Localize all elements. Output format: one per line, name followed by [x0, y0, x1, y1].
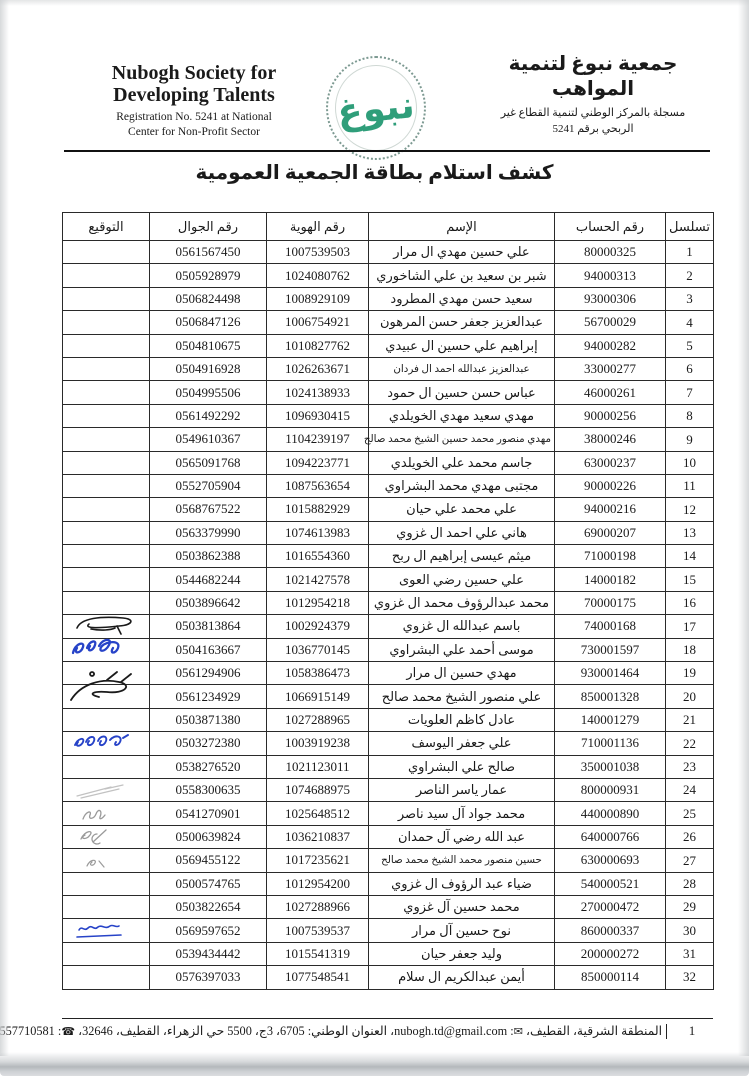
account-number-cell: 440000890 [555, 802, 666, 825]
account-number-cell: 850001328 [555, 685, 666, 708]
table-row: 8 90000256 مهدي سعيد مهدي الخويلدي 10969… [63, 404, 714, 427]
serial-cell: 30 [666, 919, 714, 942]
mobile-number-cell: 0504995506 [150, 381, 267, 404]
signature-cell [63, 966, 150, 989]
col-header-id: رقم الهوية [267, 213, 369, 241]
national-id-cell: 1016554360 [267, 545, 369, 568]
signature-cell [63, 895, 150, 918]
account-number-cell: 800000931 [555, 778, 666, 801]
signature-scribble-icon [79, 853, 115, 871]
org-name-ar: جمعية نبوغ لتنمية المواهب [443, 52, 743, 102]
page-title: كشف استلام بطاقة الجمعية العمومية [0, 160, 749, 185]
org-name-en: Nubogh Society for Developing Talents [86, 62, 302, 107]
national-id-cell: 1010827762 [267, 334, 369, 357]
signature-cell [63, 428, 150, 451]
serial-cell: 9 [666, 428, 714, 451]
national-id-cell: 1094223771 [267, 451, 369, 474]
account-number-cell: 38000246 [555, 428, 666, 451]
national-id-cell: 1027288965 [267, 708, 369, 731]
serial-cell: 5 [666, 334, 714, 357]
mobile-number-cell: 0563379990 [150, 521, 267, 544]
member-name-cell: حسين منصور محمد الشيخ محمد صالح [369, 849, 555, 872]
member-name-cell: علي حسين رضي العوى [369, 568, 555, 591]
mobile-number-cell: 0503896642 [150, 591, 267, 614]
account-number-cell: 63000237 [555, 451, 666, 474]
photo-edge-left [0, 0, 9, 1056]
mobile-number-cell: 0503871380 [150, 708, 267, 731]
table-row: 23 350001038 صالح علي البشراوي 102112301… [63, 755, 714, 778]
mobile-number-cell: 0539434442 [150, 942, 267, 965]
member-name-cell: نوح حسين آل مرار [369, 919, 555, 942]
signature-cell [63, 287, 150, 310]
table-row: 24 800000931 عمار ياسر الناصر 1074688975… [63, 778, 714, 801]
signature-cell [63, 357, 150, 380]
table-header-row: تسلسل رقم الحساب الإسم رقم الهوية رقم ال… [63, 213, 714, 241]
serial-cell: 32 [666, 966, 714, 989]
table-row: 32 850000114 أيمن عبدالكريم ال سلام 1077… [63, 966, 714, 989]
signature-cell [63, 685, 150, 708]
account-number-cell: 140001279 [555, 708, 666, 731]
member-name-cell: صالح علي البشراوي [369, 755, 555, 778]
member-name-cell: سعيد حسن مهدي المطرود [369, 287, 555, 310]
national-id-cell: 1021123011 [267, 755, 369, 778]
national-id-cell: 1015882929 [267, 498, 369, 521]
table-row: 29 270000472 محمد حسين آل غزوي 102728896… [63, 895, 714, 918]
signature-cell [63, 638, 150, 661]
signature-scribble-icon [77, 804, 117, 824]
member-name-cell: هاني علي احمد ال غزوي [369, 521, 555, 544]
member-name-cell: محمد حسين آل غزوي [369, 895, 555, 918]
account-number-cell: 710001136 [555, 732, 666, 755]
col-header-name: الإسم [369, 213, 555, 241]
member-name-cell: إبراهيم علي حسين ال عبيدي [369, 334, 555, 357]
mobile-number-cell: 0506824498 [150, 287, 267, 310]
col-header-phone: رقم الجوال [150, 213, 267, 241]
national-id-cell: 1096930415 [267, 404, 369, 427]
national-id-cell: 1008929109 [267, 287, 369, 310]
signature-cell [63, 919, 150, 942]
serial-cell: 18 [666, 638, 714, 661]
footer-region: المنطقة الشرقية، القطيف، [523, 1024, 662, 1038]
account-number-cell: 46000261 [555, 381, 666, 404]
mobile-number-cell: 0561492292 [150, 404, 267, 427]
serial-cell: 12 [666, 498, 714, 521]
table-row: 4 56700029 عبدالعزيز جعفر حسن المرهون 10… [63, 311, 714, 334]
signature-cell [63, 404, 150, 427]
serial-cell: 19 [666, 662, 714, 685]
serial-cell: 4 [666, 311, 714, 334]
serial-cell: 23 [666, 755, 714, 778]
national-id-cell: 1077548541 [267, 966, 369, 989]
footer-contact-text: المنطقة الشرقية، القطيف، ✉: nubogh.td@gm… [0, 1024, 662, 1039]
national-id-cell: 1012954200 [267, 872, 369, 895]
mobile-number-cell: 0565091768 [150, 451, 267, 474]
national-id-cell: 1027288966 [267, 895, 369, 918]
national-id-cell: 1006754921 [267, 311, 369, 334]
table-row: 22 710001136 علي جعفر اليوسف 1003919238 … [63, 732, 714, 755]
mobile-number-cell: 0504810675 [150, 334, 267, 357]
signature-cell [63, 311, 150, 334]
signature-cell [63, 474, 150, 497]
footer-separator [666, 1024, 667, 1039]
mobile-number-cell: 0503862388 [150, 545, 267, 568]
serial-cell: 3 [666, 287, 714, 310]
account-number-cell: 350001038 [555, 755, 666, 778]
mobile-number-cell: 0549610367 [150, 428, 267, 451]
table-row: 10 63000237 جاسم محمد علي الخويلدي 10942… [63, 451, 714, 474]
national-id-cell: 1036210837 [267, 825, 369, 848]
table-row: 14 71000198 ميثم عيسى إبراهيم ال ربح 101… [63, 545, 714, 568]
serial-cell: 22 [666, 732, 714, 755]
signature-cell [63, 732, 150, 755]
table-row: 12 94000216 علي محمد علي حيان 1015882929… [63, 498, 714, 521]
serial-cell: 10 [666, 451, 714, 474]
signature-scribble-icon [71, 613, 135, 637]
mobile-number-cell: 0569455122 [150, 849, 267, 872]
member-name-cell: عباس حسن حسين ال حمود [369, 381, 555, 404]
signature-cell [63, 334, 150, 357]
header-divider [64, 150, 710, 152]
account-number-cell: 730001597 [555, 638, 666, 661]
account-number-cell: 33000277 [555, 357, 666, 380]
society-logo-icon: نبوغ [326, 56, 426, 160]
signature-scribble-icon [69, 634, 135, 662]
national-id-cell: 1015541319 [267, 942, 369, 965]
national-id-cell: 1074613983 [267, 521, 369, 544]
member-name-cell: عبد الله رضي آل حمدان [369, 825, 555, 848]
mobile-number-cell: 0561234929 [150, 685, 267, 708]
serial-cell: 24 [666, 778, 714, 801]
account-number-cell: 70000175 [555, 591, 666, 614]
table-row: 3 93000306 سعيد حسن مهدي المطرود 1008929… [63, 287, 714, 310]
table-row: 16 70000175 محمد عبدالرؤوف محمد ال غزوي … [63, 591, 714, 614]
mobile-number-cell: 0503272380 [150, 732, 267, 755]
footer-address: ، العنوان الوطني: 6705، 3ج، 5500 حي الزه… [75, 1024, 394, 1038]
signature-scribble-icon [73, 921, 125, 941]
account-number-cell: 94000313 [555, 264, 666, 287]
mobile-number-cell: 0500574765 [150, 872, 267, 895]
mobile-number-cell: 0538276520 [150, 755, 267, 778]
table-row: 30 860000337 نوح حسين آل مرار 1007539537… [63, 919, 714, 942]
national-id-cell: 1024138933 [267, 381, 369, 404]
signature-cell [63, 545, 150, 568]
mobile-number-cell: 0505928979 [150, 264, 267, 287]
member-name-cell: شبر بن سعيد بن علي الشاخوري [369, 264, 555, 287]
member-name-cell: علي منصور الشيخ محمد صالح [369, 685, 555, 708]
mobile-number-cell: 0561294906 [150, 662, 267, 685]
account-number-cell: 930001464 [555, 662, 666, 685]
table-row: 1 80000325 علي حسين مهدي ال مرار 1007539… [63, 241, 714, 264]
logo-ring: نبوغ [335, 65, 417, 151]
national-id-cell: 1017235621 [267, 849, 369, 872]
account-number-cell: 860000337 [555, 919, 666, 942]
member-name-cell: مجتبى مهدي محمد البشراوي [369, 474, 555, 497]
member-name-cell: عبدالعزيز جعفر حسن المرهون [369, 311, 555, 334]
signature-cell [63, 381, 150, 404]
signature-cell [63, 521, 150, 544]
table-row: 26 640000766 عبد الله رضي آل حمدان 10362… [63, 825, 714, 848]
photo-edge-top [0, 0, 749, 6]
national-id-cell: 1104239197 [267, 428, 369, 451]
member-name-cell: عمار ياسر الناصر [369, 778, 555, 801]
serial-cell: 27 [666, 849, 714, 872]
photo-edge-bottom [0, 1052, 749, 1076]
account-number-cell: 90000256 [555, 404, 666, 427]
signature-cell [63, 942, 150, 965]
member-name-cell: محمد عبدالرؤوف محمد ال غزوي [369, 591, 555, 614]
national-id-cell: 1002924379 [267, 615, 369, 638]
phone-icon: ☎ [61, 1025, 75, 1038]
serial-cell: 15 [666, 568, 714, 591]
table-row: 21 140001279 عادل كاظم العلويات 10272889… [63, 708, 714, 731]
account-number-cell: 630000693 [555, 849, 666, 872]
mobile-number-cell: 0504163667 [150, 638, 267, 661]
account-number-cell: 74000168 [555, 615, 666, 638]
serial-cell: 26 [666, 825, 714, 848]
letterhead-arabic: جمعية نبوغ لتنمية المواهب مسجلة بالمركز … [443, 52, 743, 138]
account-number-cell: 14000182 [555, 568, 666, 591]
letterhead-english: Nubogh Society for Developing Talents Re… [86, 62, 302, 140]
mobile-number-cell: 0576397033 [150, 966, 267, 989]
signature-cell [63, 872, 150, 895]
serial-cell: 25 [666, 802, 714, 825]
mobile-number-cell: 0558300635 [150, 778, 267, 801]
scanned-document: { "letterhead": { "en_title_line1": "Nub… [0, 0, 749, 1076]
account-number-cell: 94000282 [555, 334, 666, 357]
serial-cell: 6 [666, 357, 714, 380]
serial-cell: 2 [666, 264, 714, 287]
national-id-cell: 1007539537 [267, 919, 369, 942]
registration-note-ar: مسجلة بالمركز الوطني لتنمية القطاع غير ا… [443, 106, 743, 138]
table-row: 13 69000207 هاني علي احمد ال غزوي 107461… [63, 521, 714, 544]
serial-cell: 20 [666, 685, 714, 708]
account-number-cell: 94000216 [555, 498, 666, 521]
table-row: 27 630000693 حسين منصور محمد الشيخ محمد … [63, 849, 714, 872]
national-id-cell: 1021427578 [267, 568, 369, 591]
table-row: 18 730001597 موسى أحمد علي البشراوي 1036… [63, 638, 714, 661]
photo-edge-right [738, 0, 749, 1056]
member-name-cell: عبدالعزيز عبدالله احمد ال فردان [369, 357, 555, 380]
footer-phone: 0557710581 [0, 1024, 55, 1038]
national-id-cell: 1058386473 [267, 662, 369, 685]
table-row: 15 14000182 علي حسين رضي العوى 102142757… [63, 568, 714, 591]
national-id-cell: 1026263671 [267, 357, 369, 380]
signature-scribble-icon [75, 825, 115, 847]
signature-cell [63, 802, 150, 825]
col-header-serial: تسلسل [666, 213, 714, 241]
signature-cell [63, 849, 150, 872]
mobile-number-cell: 0500639824 [150, 825, 267, 848]
serial-cell: 21 [666, 708, 714, 731]
members-table: تسلسل رقم الحساب الإسم رقم الهوية رقم ال… [62, 212, 714, 990]
signature-cell [63, 498, 150, 521]
serial-cell: 16 [666, 591, 714, 614]
table-row: 19 930001464 مهدي حسين ال مرار 105838647… [63, 662, 714, 685]
registration-note-en: Registration No. 5241 at National Center… [86, 110, 302, 140]
signature-cell [63, 451, 150, 474]
table-row: 25 440000890 محمد جواد آل سيد ناصر 10256… [63, 802, 714, 825]
mobile-number-cell: 0506847126 [150, 311, 267, 334]
member-name-cell: علي محمد علي حيان [369, 498, 555, 521]
footer-email: nubogh.td@gmail.com [394, 1024, 507, 1038]
account-number-cell: 71000198 [555, 545, 666, 568]
account-number-cell: 69000207 [555, 521, 666, 544]
signature-cell [63, 591, 150, 614]
table-row: 6 33000277 عبدالعزيز عبدالله احمد ال فرد… [63, 357, 714, 380]
table-row: 9 38000246 مهدي منصور محمد حسين الشيخ مح… [63, 428, 714, 451]
member-name-cell: مهدي حسين ال مرار [369, 662, 555, 685]
account-number-cell: 80000325 [555, 241, 666, 264]
national-id-cell: 1036770145 [267, 638, 369, 661]
member-name-cell: ضياء عبد الرؤوف ال غزوي [369, 872, 555, 895]
col-header-signature: التوقيع [63, 213, 150, 241]
signature-cell [63, 241, 150, 264]
envelope-icon: ✉ [514, 1025, 523, 1038]
account-number-cell: 270000472 [555, 895, 666, 918]
account-number-cell: 540000521 [555, 872, 666, 895]
account-number-cell: 850000114 [555, 966, 666, 989]
serial-cell: 28 [666, 872, 714, 895]
table-row: 17 74000168 باسم عبدالله ال غزوي 1002924… [63, 615, 714, 638]
member-name-cell: ميثم عيسى إبراهيم ال ربح [369, 545, 555, 568]
account-number-cell: 93000306 [555, 287, 666, 310]
signature-scribble-icon [71, 780, 127, 800]
member-name-cell: موسى أحمد علي البشراوي [369, 638, 555, 661]
serial-cell: 8 [666, 404, 714, 427]
member-name-cell: وليد جعفر حيان [369, 942, 555, 965]
member-name-cell: علي جعفر اليوسف [369, 732, 555, 755]
member-name-cell: عادل كاظم العلويات [369, 708, 555, 731]
national-id-cell: 1024080762 [267, 264, 369, 287]
serial-cell: 7 [666, 381, 714, 404]
national-id-cell: 1025648512 [267, 802, 369, 825]
national-id-cell: 1074688975 [267, 778, 369, 801]
national-id-cell: 1066915149 [267, 685, 369, 708]
serial-cell: 1 [666, 241, 714, 264]
mobile-number-cell: 0561567450 [150, 241, 267, 264]
national-id-cell: 1087563654 [267, 474, 369, 497]
member-name-cell: أيمن عبدالكريم ال سلام [369, 966, 555, 989]
serial-cell: 13 [666, 521, 714, 544]
mobile-number-cell: 0504916928 [150, 357, 267, 380]
footer-line: 1 المنطقة الشرقية، القطيف، ✉: nubogh.td@… [62, 1019, 713, 1039]
serial-cell: 17 [666, 615, 714, 638]
table-row: 20 850001328 علي منصور الشيخ محمد صالح 1… [63, 685, 714, 708]
mobile-number-cell: 0544682244 [150, 568, 267, 591]
page-number: 1 [671, 1023, 713, 1039]
mobile-number-cell: 0552705904 [150, 474, 267, 497]
signature-cell [63, 755, 150, 778]
signature-cell [63, 708, 150, 731]
mobile-number-cell: 0503813864 [150, 615, 267, 638]
signature-cell [63, 662, 150, 685]
member-name-cell: محمد جواد آل سيد ناصر [369, 802, 555, 825]
table-row: 5 94000282 إبراهيم علي حسين ال عبيدي 101… [63, 334, 714, 357]
serial-cell: 11 [666, 474, 714, 497]
account-number-cell: 200000272 [555, 942, 666, 965]
member-name-cell: مهدي سعيد مهدي الخويلدي [369, 404, 555, 427]
mobile-number-cell: 0503822654 [150, 895, 267, 918]
table-row: 28 540000521 ضياء عبد الرؤوف ال غزوي 101… [63, 872, 714, 895]
account-number-cell: 640000766 [555, 825, 666, 848]
signature-cell [63, 264, 150, 287]
table-row: 2 94000313 شبر بن سعيد بن علي الشاخوري 1… [63, 264, 714, 287]
mobile-number-cell: 0541270901 [150, 802, 267, 825]
signature-cell [63, 568, 150, 591]
account-number-cell: 56700029 [555, 311, 666, 334]
national-id-cell: 1007539503 [267, 241, 369, 264]
serial-cell: 29 [666, 895, 714, 918]
signature-scribble-icon [71, 731, 133, 753]
table-row: 7 46000261 عباس حسن حسين ال حمود 1024138… [63, 381, 714, 404]
serial-cell: 14 [666, 545, 714, 568]
serial-cell: 31 [666, 942, 714, 965]
signature-cell [63, 615, 150, 638]
member-name-cell: مهدي منصور محمد حسين الشيخ محمد صالح [369, 428, 555, 451]
national-id-cell: 1003919238 [267, 732, 369, 755]
signature-cell [63, 825, 150, 848]
col-header-account: رقم الحساب [555, 213, 666, 241]
member-name-cell: علي حسين مهدي ال مرار [369, 241, 555, 264]
mobile-number-cell: 0569597652 [150, 919, 267, 942]
member-name-cell: باسم عبدالله ال غزوي [369, 615, 555, 638]
page-footer: 1 المنطقة الشرقية، القطيف، ✉: nubogh.td@… [62, 1018, 713, 1039]
table-row: 11 90000226 مجتبى مهدي محمد البشراوي 108… [63, 474, 714, 497]
member-name-cell: جاسم محمد علي الخويلدي [369, 451, 555, 474]
table-row: 31 200000272 وليد جعفر حيان 1015541319 0… [63, 942, 714, 965]
account-number-cell: 90000226 [555, 474, 666, 497]
signature-cell [63, 778, 150, 801]
logo-calligraphy: نبوغ [335, 83, 417, 134]
national-id-cell: 1012954218 [267, 591, 369, 614]
mobile-number-cell: 0568767522 [150, 498, 267, 521]
